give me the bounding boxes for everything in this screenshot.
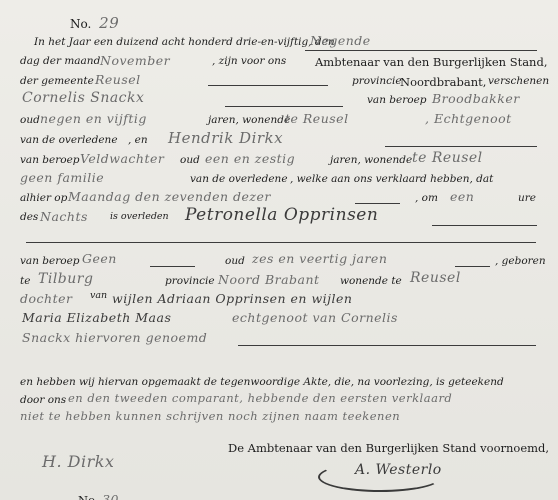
handwritten-declarant-1: Cornelis Snackx xyxy=(22,90,144,106)
printed-text: te xyxy=(20,275,30,287)
line-2: dag der maand November , zijn voor ons A… xyxy=(0,55,558,75)
printed-text: Ambtenaar van den Burgerlijken Stand, xyxy=(315,55,547,69)
handwritten-deceased-name: Petronella Opprinsen xyxy=(185,205,378,225)
printed-text: , welke aan ons verklaard hebben, dat xyxy=(290,173,493,185)
number-value: 29 xyxy=(99,14,119,32)
handwritten-municipality: Reusel xyxy=(95,72,141,87)
handwritten-hour: een xyxy=(450,189,474,204)
handwritten-residence: te Reusel xyxy=(285,111,349,126)
number-value: 30 xyxy=(102,492,119,500)
printed-text: des xyxy=(20,211,38,223)
printed-text: oud xyxy=(225,255,245,267)
printed-text: ure xyxy=(518,192,536,204)
handwritten-spouse: echtgenoot van Cornelis xyxy=(232,310,398,325)
number-label: No. xyxy=(78,493,98,500)
handwritten-text: Snackx hiervoren genoemd xyxy=(22,330,207,345)
printed-text: wonende te xyxy=(340,275,402,287)
next-record-number: No. 30 xyxy=(78,492,119,500)
handwritten-father: wijlen Adriaan Opprinsen en wijlen xyxy=(112,291,352,306)
handwritten-age: een en zestig xyxy=(205,151,295,166)
printed-text: der gemeente xyxy=(20,75,94,87)
printed-text: verschenen xyxy=(488,75,549,87)
line-18: niet te hebben kunnen schrijven noch zij… xyxy=(0,412,558,432)
number-label: No. xyxy=(70,17,91,31)
handwritten-birthplace: Tilburg xyxy=(38,271,93,287)
printed-text: , en xyxy=(128,134,148,146)
handwritten-relation: dochter xyxy=(20,291,72,306)
handwritten-occupation: Geen xyxy=(82,251,117,266)
handwritten-text: en den tweeden comparant, hebbende den e… xyxy=(68,391,452,405)
printed-text: provincie xyxy=(352,75,402,87)
printed-text: oud xyxy=(20,114,40,126)
printed-text: is overleden xyxy=(110,211,169,222)
handwritten-date: Maandag den zevenden dezer xyxy=(68,189,271,204)
handwritten-day: Negende xyxy=(310,33,371,48)
handwritten-relation: geen familie xyxy=(20,170,104,185)
printed-text: jaren, wonende xyxy=(330,154,412,166)
closing-statement: De Ambtenaar van den Burgerlijken Stand … xyxy=(228,441,549,455)
printed-text: van beroep xyxy=(20,154,80,166)
printed-text: van xyxy=(90,290,107,301)
handwritten-relation: , Echtgenoot xyxy=(425,111,512,126)
civil-registry-death-record: No. 29 In het Jaar een duizend acht hond… xyxy=(0,0,558,500)
handwritten-age: zes en veertig jaren xyxy=(252,251,387,266)
line-15: Snackx hiervoren genoemd xyxy=(0,333,558,353)
printed-text: van de overledene xyxy=(20,134,118,146)
printed-text: door ons xyxy=(20,394,66,406)
printed-text: provincie xyxy=(165,275,215,287)
printed-text: , om xyxy=(415,192,438,204)
handwritten-age: negen en vijftig xyxy=(40,111,147,126)
printed-text: Noordbrabant, xyxy=(400,75,486,89)
printed-text: en hebben wij hiervan opgemaakt de tegen… xyxy=(20,376,504,388)
printed-text: dag der maand xyxy=(20,55,100,67)
line-10: des Nachts is overleden Petronella Oppri… xyxy=(0,211,558,231)
handwritten-month: November xyxy=(100,53,170,68)
printed-text: alhier op xyxy=(20,192,67,204)
printed-text: van beroep xyxy=(20,255,80,267)
handwritten-text: niet te hebben kunnen schrijven noch zij… xyxy=(20,409,400,423)
printed-text: jaren, wonende xyxy=(208,114,290,126)
handwritten-time-of-day: Nachts xyxy=(40,209,88,224)
printed-text: van de overledene xyxy=(190,173,288,185)
handwritten-occupation: Broodbakker xyxy=(432,91,520,106)
witness-signature: H. Dirkx xyxy=(42,452,114,471)
handwritten-declarant-2: Hendrik Dirkx xyxy=(168,129,283,147)
blank-rule xyxy=(26,242,536,243)
handwritten-province: Noord Brabant xyxy=(218,272,320,287)
record-number: No. 29 xyxy=(70,14,119,32)
official-signature: A. Westerlo xyxy=(355,462,442,478)
printed-text: , geboren xyxy=(495,255,546,267)
handwritten-occupation: Veldwachter xyxy=(80,151,164,166)
handwritten-mother: Maria Elizabeth Maas xyxy=(22,310,171,325)
printed-text: , zijn voor ons xyxy=(212,55,286,67)
line-1: In het Jaar een duizend acht honderd dri… xyxy=(0,36,558,56)
printed-text: In het Jaar een duizend acht honderd dri… xyxy=(34,36,335,48)
handwritten-residence: te Reusel xyxy=(412,150,483,166)
printed-text: oud xyxy=(180,154,200,166)
printed-text: van beroep xyxy=(367,94,427,106)
handwritten-residence: Reusel xyxy=(410,270,461,286)
